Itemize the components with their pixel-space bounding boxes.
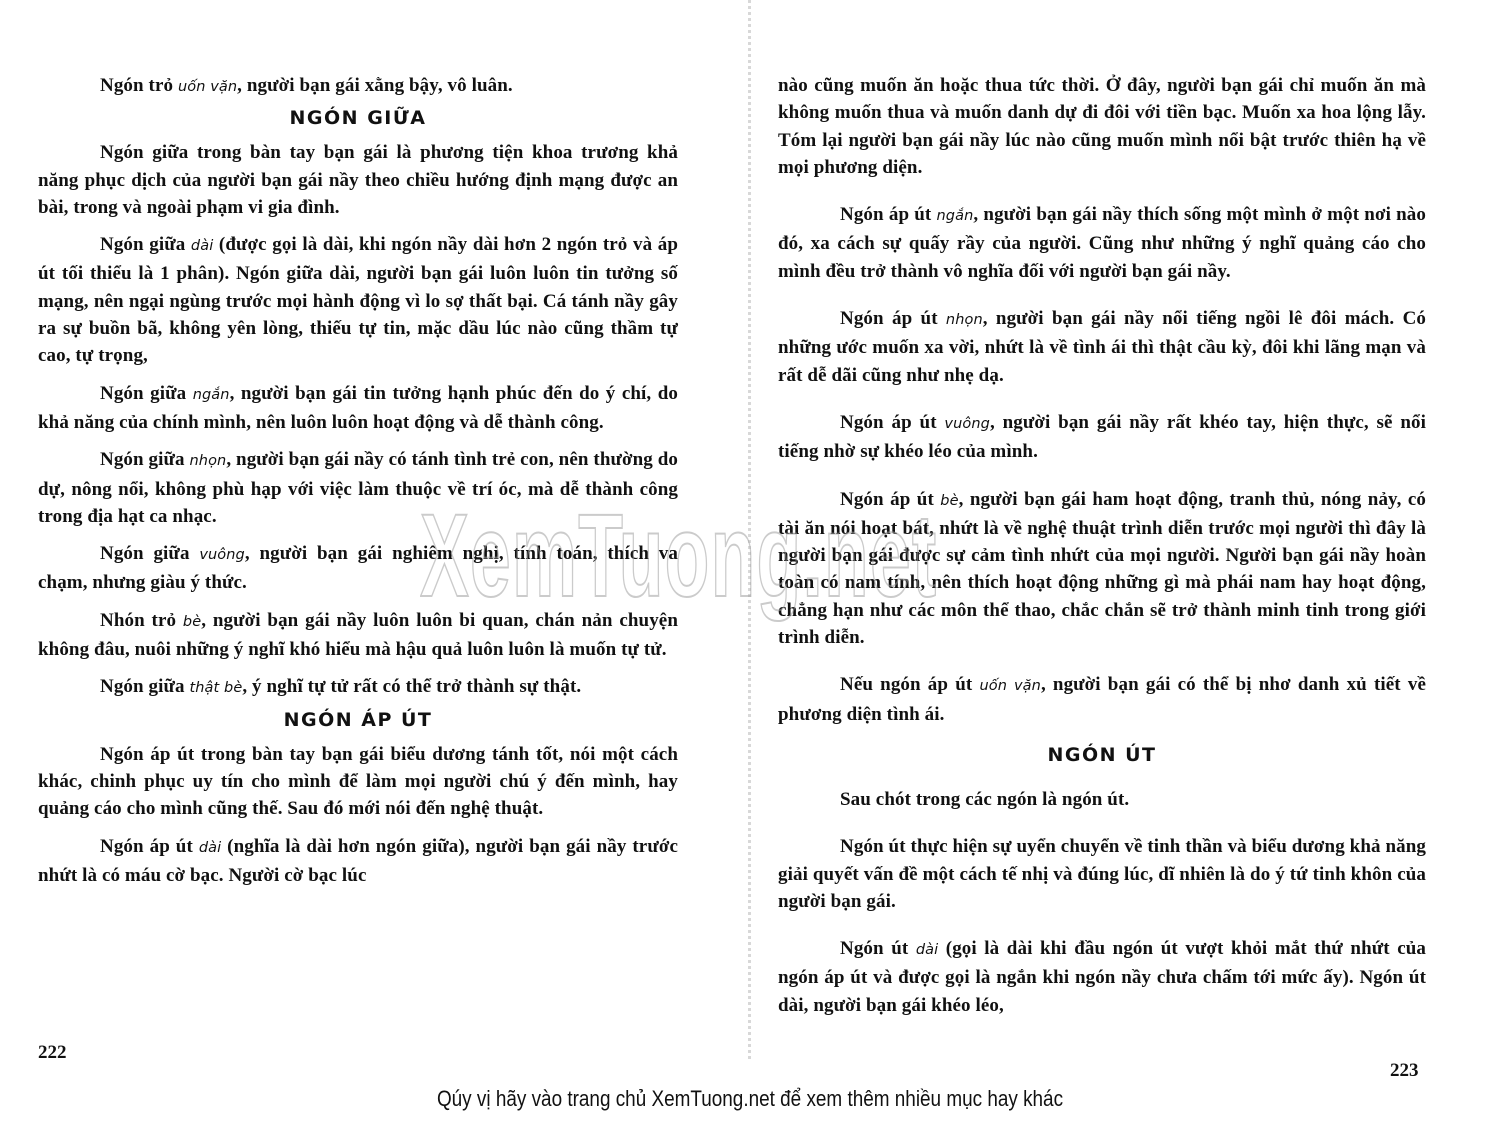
paragraph: Ngón giữa ngắn, người bạn gái tin tưởng … [38, 380, 678, 437]
right-page-text: nào cũng muốn ăn hoặc thua tức thời. Ở đ… [778, 0, 1426, 1019]
paragraph: Ngón áp út dài (nghĩa là dài hơn ngón gi… [38, 833, 678, 890]
paragraph: Ngón giữa vuông, người bạn gái nghiêm ng… [38, 540, 678, 597]
paragraph-text: , người bạn gái xằng bậy, vô luân. [237, 75, 513, 96]
right-page-number: 223 [1390, 1060, 1419, 1082]
left-page: Ngón trỏ uốn vặn, người bạn gái xằng bậy… [38, 0, 678, 889]
section-heading: NGÓN ÁP ÚT [38, 709, 678, 731]
left-page-text: Ngón trỏ uốn vặn, người bạn gái xằng bậy… [38, 0, 678, 889]
paragraph-text: Ngón áp út [840, 308, 946, 329]
italic-term: nhọn [946, 312, 983, 328]
paragraph: Ngón áp út nhọn, người bạn gái nầy nổi t… [778, 305, 1426, 389]
paragraph: Ngón áp út bè, người bạn gái ham hoạt độ… [778, 486, 1426, 652]
section-heading: NGÓN ÚT [778, 744, 1426, 766]
paragraph: Ngón út dài (gọi là dài khi đầu ngón út … [778, 935, 1426, 1019]
paragraph-text: nào cũng muốn ăn hoặc thua tức thời. Ở đ… [778, 75, 1426, 178]
italic-term: vuông [199, 547, 245, 563]
paragraph: Ngón áp út trong bàn tay bạn gái biểu dư… [38, 741, 678, 823]
italic-term: vuông [944, 416, 990, 432]
paragraph-text: Ngón áp út [840, 489, 940, 510]
italic-term: dài [191, 238, 213, 254]
paragraph-text: , ý nghĩ tự tử rất có thể trở thành sự t… [242, 676, 581, 697]
paragraph: Ngón út thực hiện sự uyển chuyển về tinh… [778, 833, 1426, 915]
italic-term: bè [183, 614, 201, 630]
paragraph-text: Ngón giữa [100, 676, 189, 697]
italic-term: dài [916, 942, 938, 958]
paragraph-text: Ngón áp út trong bàn tay bạn gái biểu dư… [38, 744, 678, 820]
paragraph: Nhón trỏ bè, người bạn gái nầy luôn luôn… [38, 607, 678, 664]
paragraph-text: Ngón út [840, 938, 916, 959]
paragraph: Ngón giữa trong bàn tay bạn gái là phươn… [38, 139, 678, 221]
italic-term: ngắn [937, 208, 974, 224]
paragraph-text: Ngón áp út [840, 204, 937, 225]
paragraph: Nếu ngón áp út uốn vặn, người bạn gái có… [778, 671, 1426, 728]
paragraph-text: Nếu ngón áp út [840, 674, 979, 695]
paragraph-text: Ngón trỏ [100, 75, 178, 96]
paragraph: Ngón giữa nhọn, người bạn gái nầy có tán… [38, 446, 678, 530]
italic-term: ngắn [193, 387, 230, 403]
paragraph: Ngón giữa dài (được gọi là dài, khi ngón… [38, 231, 678, 369]
italic-term: thật bè [189, 680, 242, 696]
paragraph-text: Ngón áp út [840, 412, 944, 433]
paragraph-text: Ngón giữa [100, 543, 199, 564]
paragraph-text: Ngón giữa trong bàn tay bạn gái là phươn… [38, 142, 678, 218]
left-page-number: 222 [38, 1042, 67, 1064]
paragraph: Ngón giữa thật bè, ý nghĩ tự tử rất có t… [38, 673, 678, 702]
paragraph-text: Ngón giữa [100, 383, 193, 404]
footer-notice: Qúy vị hãy vào trang chủ XemTuong.net để… [105, 1086, 1395, 1112]
book-spread: Ngón trỏ uốn vặn, người bạn gái xằng bậy… [0, 0, 1500, 1127]
paragraph-text: Sau chót trong các ngón là ngón út. [840, 789, 1129, 810]
paragraph-text: , người bạn gái ham hoạt động, tranh thủ… [778, 489, 1426, 648]
paragraph-text: Nhón trỏ [100, 610, 183, 631]
paragraph-text: Ngón út thực hiện sự uyển chuyển về tinh… [778, 836, 1426, 912]
right-page: nào cũng muốn ăn hoặc thua tức thời. Ở đ… [778, 0, 1426, 1019]
paragraph: Ngón trỏ uốn vặn, người bạn gái xằng bậy… [38, 72, 678, 101]
paragraph-text: Ngón giữa [100, 449, 189, 470]
paragraph: nào cũng muốn ăn hoặc thua tức thời. Ở đ… [778, 72, 1426, 181]
paragraph: Sau chót trong các ngón là ngón út. [778, 786, 1426, 813]
italic-term: uốn vặn [979, 678, 1041, 694]
paragraph-text: Ngón giữa [100, 234, 191, 255]
paragraph: Ngón áp út vuông, người bạn gái nầy rất … [778, 409, 1426, 466]
section-heading: NGÓN GIỮA [38, 107, 678, 129]
italic-term: dài [199, 840, 221, 856]
book-gutter [748, 0, 751, 1060]
paragraph-text: Ngón áp út [100, 836, 199, 857]
italic-term: uốn vặn [178, 79, 237, 95]
italic-term: nhọn [189, 453, 226, 469]
paragraph: Ngón áp út ngắn, người bạn gái nầy thích… [778, 201, 1426, 285]
italic-term: bè [940, 493, 958, 509]
